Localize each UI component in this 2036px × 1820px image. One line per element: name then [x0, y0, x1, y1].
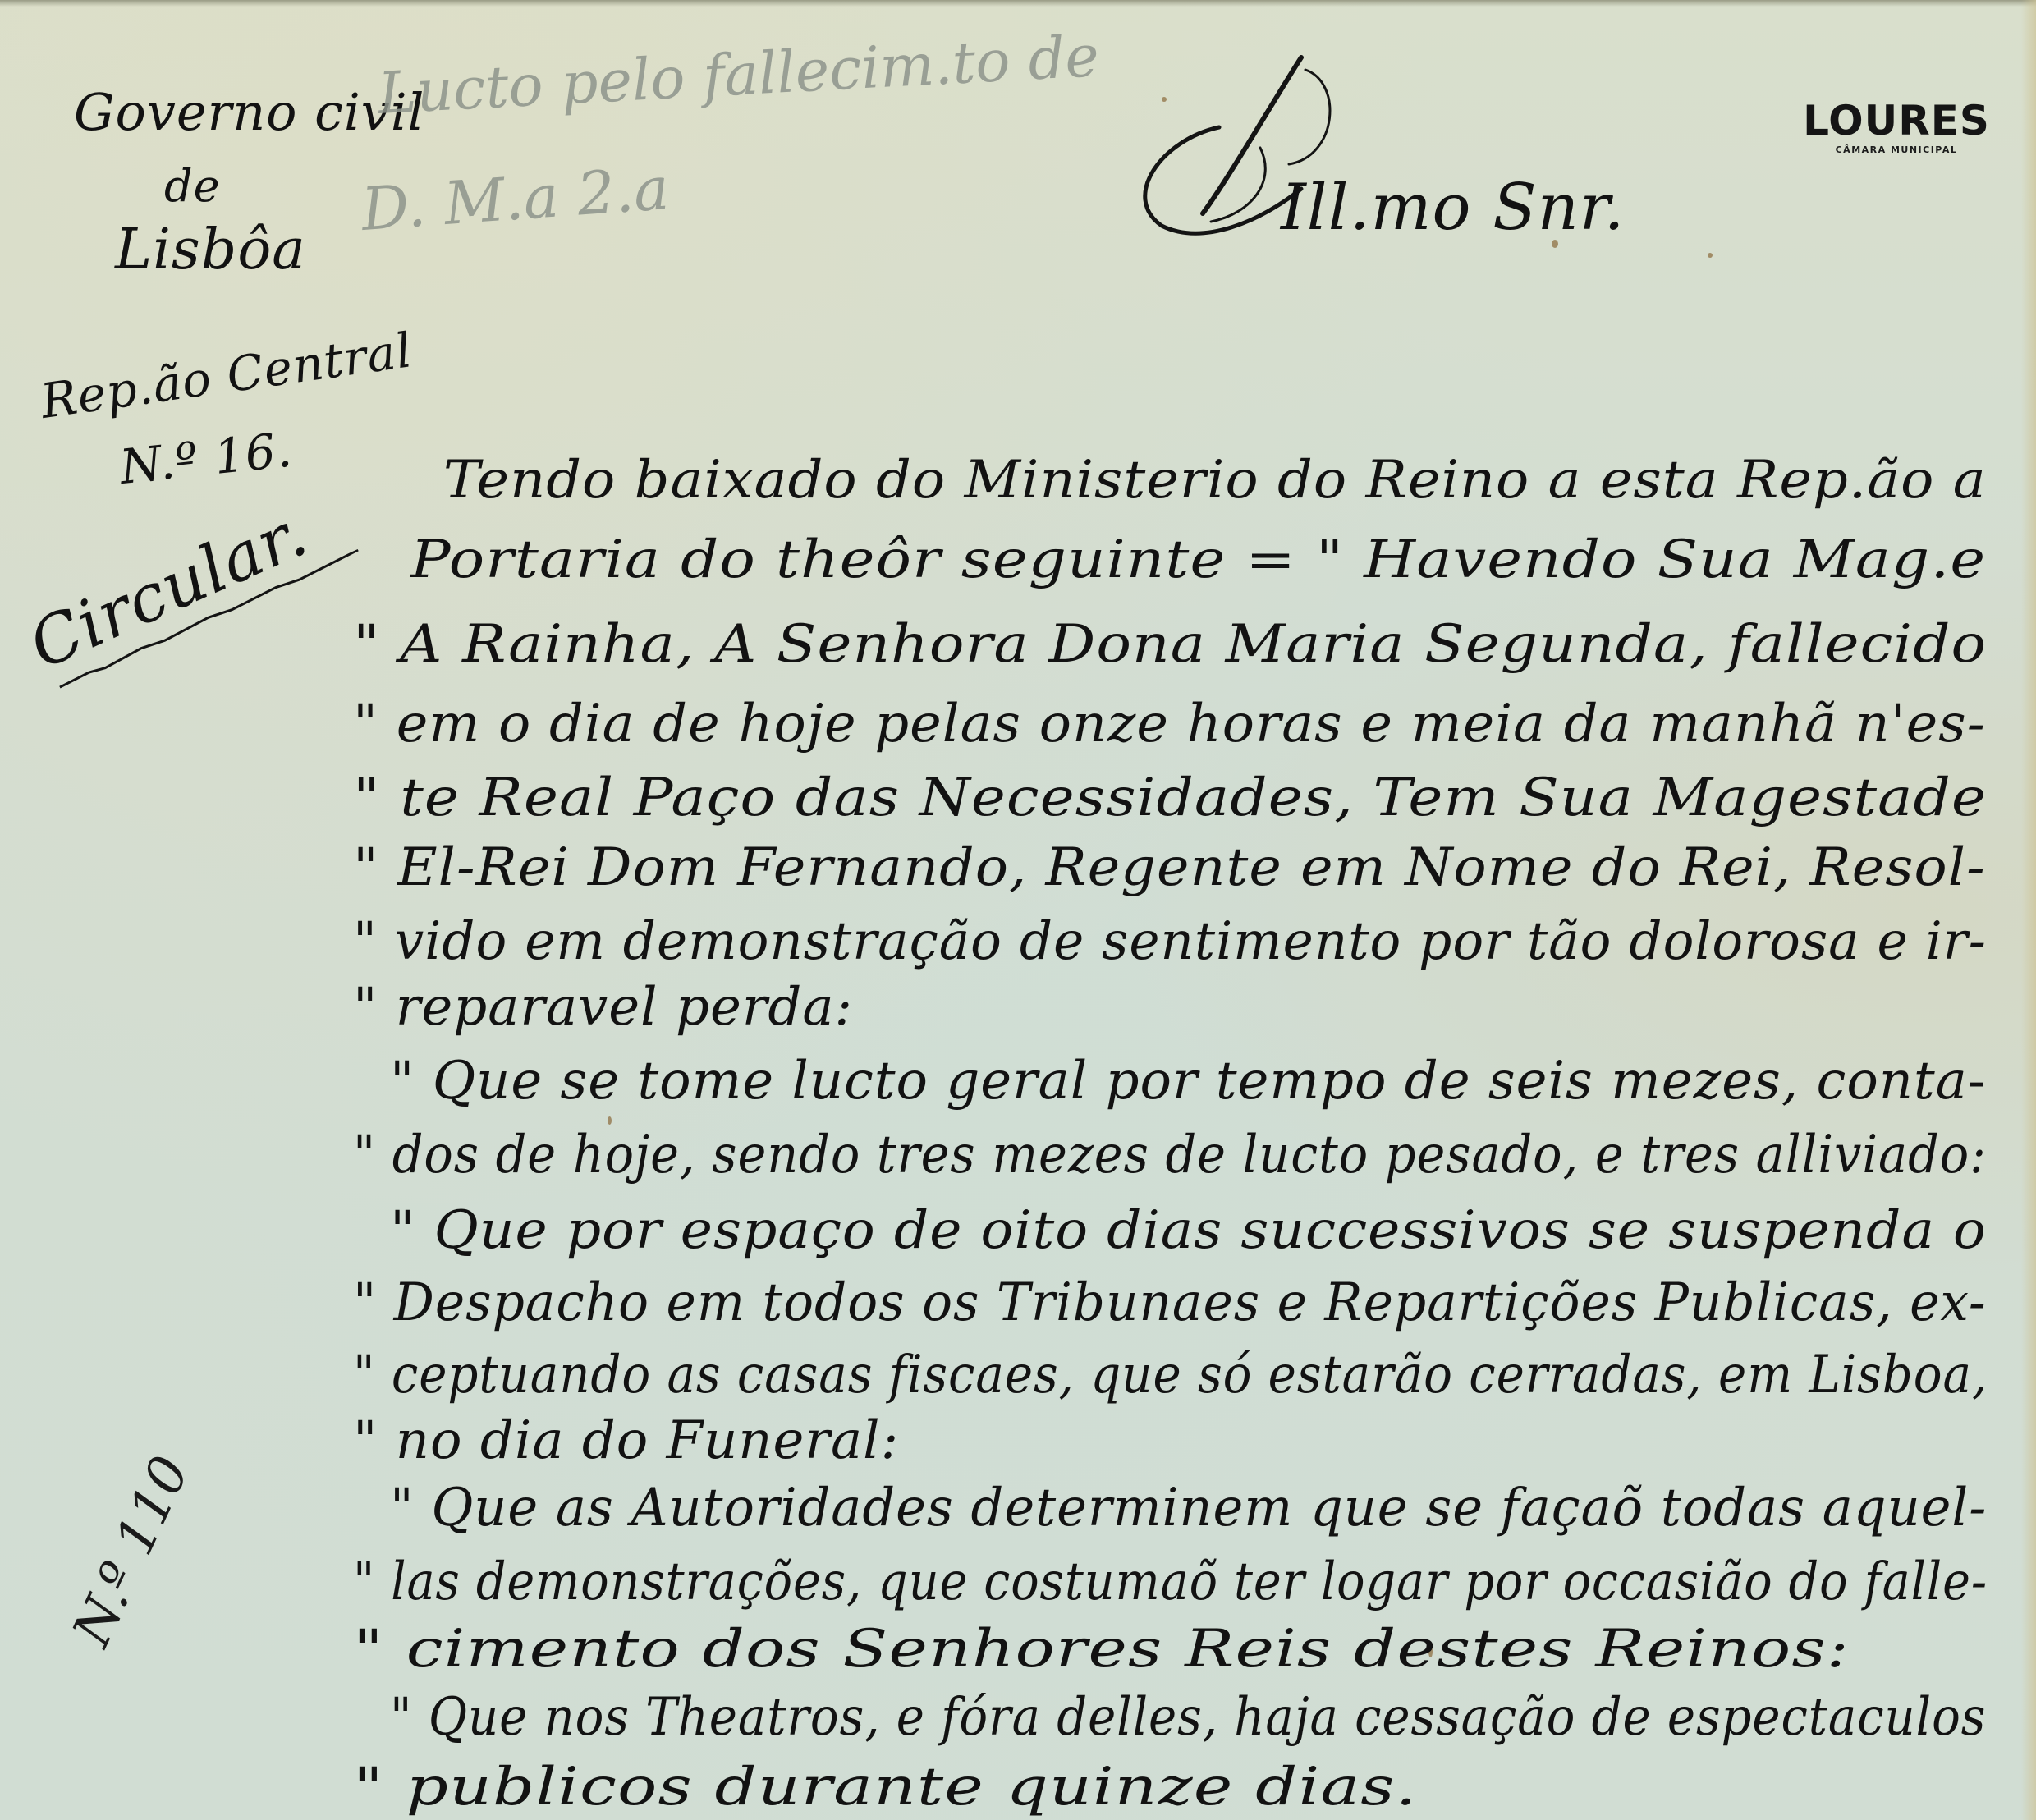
- body-line-10: " dos de hoje, sendo tres mezes de lucto…: [353, 1125, 1987, 1185]
- salutation: Ill.mo Snr.: [1129, 49, 1621, 238]
- pencil-note-line-1: Lucto pelo fallecim.to de: [376, 22, 1100, 127]
- paper-speck: [1708, 253, 1713, 258]
- body-line-1: Tendo baixado do Ministerio do Reino a e…: [443, 450, 1987, 511]
- loures-logo: LOURES CÂMARA MUNICIPAL: [1798, 100, 1995, 155]
- body-line-18: " Que nos Theatros, e fóra delles, haja …: [390, 1687, 1986, 1748]
- page-top-edge: [0, 0, 2036, 7]
- body-line-13: " ceptuando as casas fiscaes, que só est…: [353, 1345, 1988, 1405]
- body-line-3: " A Rainha, A Senhora Dona Maria Segunda…: [353, 614, 1987, 675]
- body-line-15: " Que as Autoridades determinem que se f…: [390, 1478, 1987, 1538]
- body-line-5: " te Real Paço das Necessidades, Tem Sua…: [353, 768, 1987, 828]
- body-line-7: " vido em demonstração de sentimento por…: [353, 911, 1987, 972]
- body-line-2: Portaria do theôr seguinte = " Havendo S…: [410, 529, 1986, 590]
- body-line-8: " reparavel perda:: [353, 977, 853, 1038]
- body-line-9: " Que se tome lucto geral por tempo de s…: [390, 1051, 1986, 1112]
- logo-subtitle: CÂMARA MUNICIPAL: [1798, 144, 1995, 155]
- body-line-6: " El-Rei Dom Fernando, Regente em Nome d…: [353, 837, 1986, 898]
- body-line-11: " Que por espaço de oito dias successivo…: [390, 1200, 1987, 1261]
- pencil-note-line-2: D. M.a 2.a: [360, 154, 672, 244]
- body-line-12: " Despacho em todos os Tribunaes e Repar…: [353, 1272, 1987, 1333]
- department-label: Rep.ão Central: [38, 322, 416, 429]
- body-line-17: " cimento dos Senhores Reis destes Reino…: [353, 1619, 1850, 1680]
- body-line-16: " las demonstrações, que costumaõ ter lo…: [353, 1552, 1988, 1612]
- paper-speck: [608, 1116, 612, 1125]
- salutation-text: Ill.mo Snr.: [1281, 171, 1625, 245]
- logo-wordmark: LOURES: [1798, 100, 1995, 141]
- archive-number: N.º 110: [62, 1447, 202, 1655]
- body-line-14: " no dia do Funeral:: [353, 1410, 899, 1471]
- circular-label: Circular.: [18, 494, 318, 684]
- body-line-4: " em o dia de hoje pelas onze horas e me…: [353, 694, 1986, 754]
- body-line-19: " publicos durante quinze dias.: [353, 1757, 1417, 1818]
- circular-number: N.º 16.: [117, 421, 295, 495]
- issuer-line-2: de: [164, 160, 221, 212]
- issuer-line-3: Lisbôa: [115, 218, 306, 282]
- issuer-line-1: Governo civil: [74, 82, 424, 142]
- page-right-edge: [2021, 0, 2036, 1820]
